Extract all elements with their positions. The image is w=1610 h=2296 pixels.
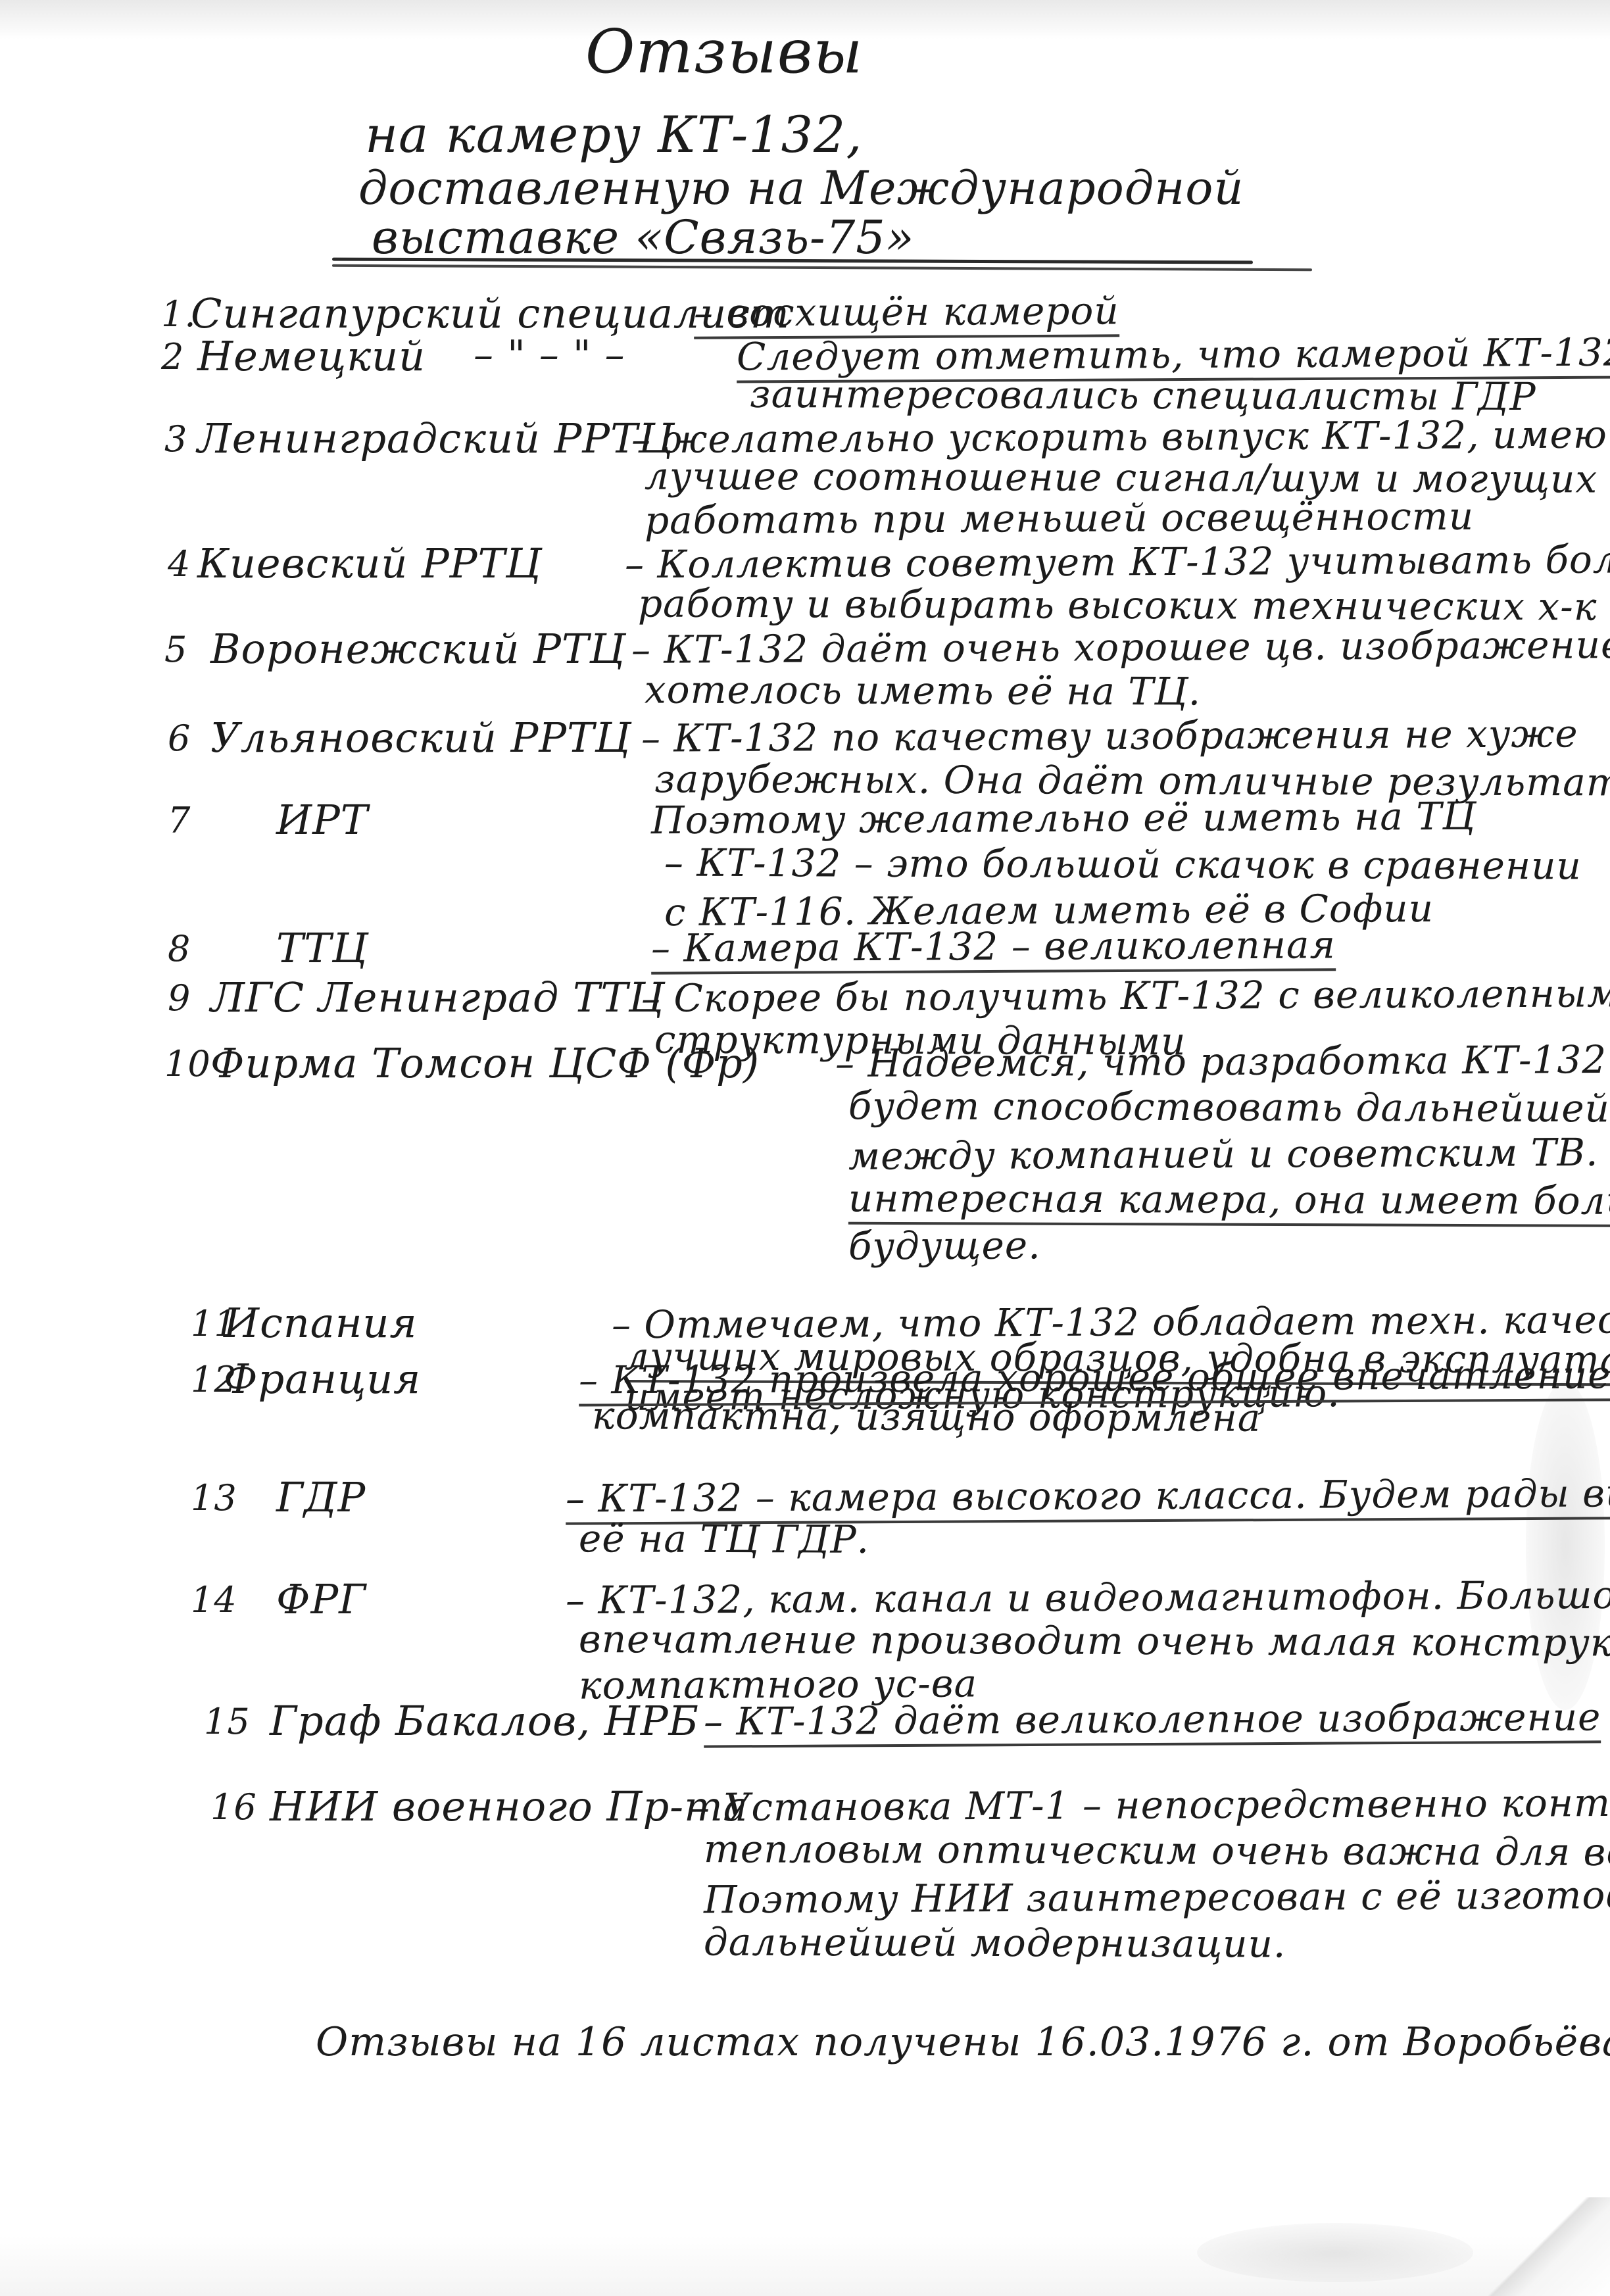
entry-text-line: Поэтому НИИ заинтересован с её изготовле… — [704, 1872, 1610, 1922]
entry-text-line: – Установка МТ-1 – непосредственно контр… — [691, 1780, 1610, 1830]
entry-source: Граф Бакалов, НРБ — [270, 1697, 699, 1745]
entry-source: Франция — [224, 1355, 421, 1403]
entry-source: ГДР — [276, 1473, 366, 1521]
entry-number: 10 — [164, 1043, 211, 1085]
entry-source: Испания — [224, 1299, 418, 1347]
entry-source: ТТЦ — [276, 924, 368, 972]
entry-number: 7 — [168, 800, 191, 841]
entry-source: Фирма Томсон ЦСФ (Фр) — [210, 1039, 760, 1087]
ditto-mark: – " – " – — [474, 332, 625, 378]
entry-number: 2 — [161, 336, 184, 378]
receipt-note: Отзывы на 16 листах получены 16.03.1976 … — [316, 2019, 1610, 2065]
entry-source: НИИ военного Пр-та — [270, 1782, 748, 1830]
entry-text-line: – КТ-132 по качеству изображения не хуже — [641, 711, 1578, 760]
entry-text-line: дальнейшей модернизации. — [704, 1919, 1286, 1966]
entry-text-line: – Скорее бы получить КТ-132 с великолепн… — [641, 971, 1610, 1021]
entry-text-line: Поэтому желательно её иметь на ТЦ — [651, 794, 1476, 843]
entry-text-line: – Надеемся, что разработка КТ-132 — [835, 1037, 1607, 1086]
folded-corner — [1485, 2197, 1610, 2296]
entry-text-line: компактна, изящно оформлена — [592, 1393, 1261, 1440]
entry-text-line: – восхищён камерой — [694, 288, 1119, 335]
entry-number: 13 — [191, 1477, 237, 1519]
entry-text-line: – КТ-132 даёт великолепное изображение — [704, 1694, 1601, 1744]
entry-source: ИРТ — [276, 796, 368, 844]
entry-number: 4 — [168, 543, 191, 585]
entry-text-line: хотелось иметь её на ТЦ. — [645, 668, 1201, 714]
entry-text-line: – Коллектив советует КТ-132 учитывать бо… — [625, 537, 1610, 587]
entry-text-line: впечатление производит очень малая конст… — [579, 1617, 1610, 1665]
paper-smudge — [1197, 2223, 1473, 2282]
entry-text-line: интересная камера, она имеет большое — [848, 1176, 1610, 1224]
subtitle-line-2: доставленную на Международной — [358, 161, 1244, 215]
entry-text-line: между компанией и советским ТВ. Это очен… — [848, 1129, 1610, 1179]
subtitle-line-1: на камеру КТ-132, — [365, 105, 863, 164]
entry-source: Ульяновский РРТЦ — [210, 714, 631, 762]
entry-text-line: – КТ-132, кам. канал и видеомагнитофон. … — [566, 1573, 1610, 1623]
entry-text-line: её на ТЦ ГДР. — [579, 1516, 869, 1562]
entry-number: 16 — [210, 1786, 257, 1828]
entry-text-line: будет способствовать дальнейшей кооперац… — [848, 1083, 1610, 1131]
entry-text-line: будущее. — [848, 1223, 1041, 1269]
entry-text-line: – Камера КТ-132 – великолепная — [651, 922, 1336, 970]
subtitle-line-3: выставке «Связь-75» — [372, 210, 915, 264]
entry-number: 6 — [168, 718, 191, 759]
entry-number: 9 — [168, 977, 191, 1019]
entry-text-line: заинтересовались специалисты ГДР — [750, 372, 1536, 419]
entry-number: 15 — [204, 1701, 251, 1742]
entry-text-line: – КТ-132 даёт очень хорошее цв. изображе… — [631, 622, 1610, 672]
entry-number: 3 — [164, 418, 187, 460]
entry-source: Киевский РРТЦ — [197, 539, 542, 587]
entry-text-line: – КТ-132 – камера высокого класса. Будем… — [566, 1470, 1610, 1521]
entry-source: Воронежский РТЦ — [210, 625, 625, 673]
entry-text-line: – КТ-132 – это большой скачок в сравнени… — [664, 841, 1582, 889]
entry-number: 14 — [191, 1579, 237, 1621]
entry-source: ФРГ — [276, 1575, 366, 1623]
entry-source: Ленинградский РРТЦ — [197, 414, 675, 462]
entry-text-line: тепловым оптическим очень важна для воен… — [704, 1826, 1610, 1875]
entry-number: 8 — [168, 928, 191, 969]
entry-text-line: работать при меньшей освещённости — [645, 494, 1475, 543]
entry-number: 5 — [164, 629, 187, 670]
entry-source: ЛГС Ленинград ТТЦ — [210, 973, 665, 1021]
entry-text-line: работу и выбирать высоких технических х-… — [638, 581, 1598, 629]
entry-source: Немецкий — [197, 332, 426, 380]
document-title: Отзывы — [585, 16, 863, 87]
